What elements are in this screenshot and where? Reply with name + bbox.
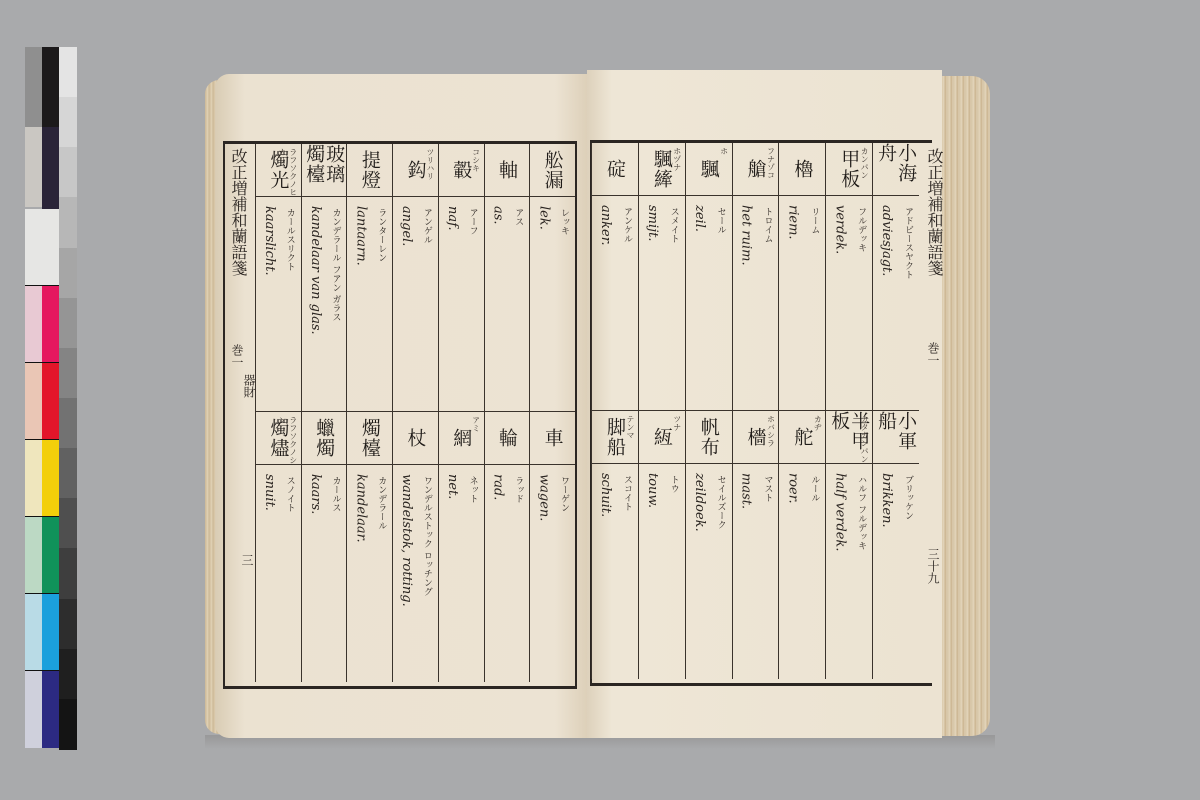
entry-header: 碇	[592, 143, 638, 196]
color-patch-light	[25, 670, 42, 748]
entry-header: 網 アミ	[439, 412, 484, 465]
entry-dutch-word: brikken.	[879, 473, 894, 528]
entry-katakana-reading: ワーゲン	[558, 476, 571, 512]
entry-header: 燭檯	[347, 412, 392, 465]
entry-dutch-word: lantaarn.	[353, 206, 368, 266]
gray-scale-step	[59, 47, 77, 98]
entry-katakana-reading: スノイト	[284, 476, 297, 512]
entry-kanji: 碇	[605, 159, 625, 179]
color-patch-dark	[42, 670, 59, 748]
entry-dutch-word: lek.	[536, 206, 551, 230]
entry-dutch-word: wagen.	[536, 474, 551, 521]
entry-kana-gloss: アミ	[471, 416, 482, 432]
right-top-row: 小海舟 adviesjagt. アドビースヤクト 甲板 カンパン verdek.…	[591, 143, 919, 410]
gray-scale-step	[59, 599, 77, 650]
entry-dutch-word: kandelaar.	[353, 474, 368, 543]
entry-header: 艙 フナゾコ	[733, 143, 779, 196]
dictionary-entry: 蠟燭 kaars. カールス	[301, 412, 347, 682]
entry-header: 甲板 カンパン	[826, 143, 872, 196]
left-bottom-row: 車 wagen. ワーゲン 輪 rad. ラッド 網 アミ ne	[255, 412, 575, 682]
entry-dutch-word: anker.	[598, 205, 613, 246]
entry-kanji: 蠟燭	[314, 418, 334, 458]
entry-dutch-word: snuit.	[262, 474, 277, 511]
entry-kanji: 颿縴	[652, 149, 672, 189]
dictionary-entry: 車 wagen. ワーゲン	[529, 412, 575, 682]
entry-kanji: 軸	[497, 160, 517, 180]
entry-katakana-reading: ネット	[467, 476, 480, 503]
entry-katakana-reading: ルール	[808, 475, 821, 502]
entry-dutch-word: mast.	[739, 473, 754, 509]
entry-dutch-word: verdek.	[832, 205, 847, 254]
gray-scale-step	[59, 248, 77, 299]
entry-kana-gloss: ツリハリ	[425, 148, 436, 180]
black-patch	[42, 47, 59, 127]
right-page-number: 三十九	[925, 548, 942, 584]
entry-header: 颿縴 ホヅナ	[639, 143, 685, 196]
entry-kanji: 舩漏	[543, 150, 563, 190]
entry-dutch-word: wandelstok, rotting.	[399, 474, 414, 607]
entry-dutch-word: zeildoek.	[692, 473, 707, 532]
gray-scale-step	[59, 548, 77, 599]
entry-katakana-reading: セイルズーク	[715, 475, 728, 529]
dictionary-entry: 碇 anker. アンケル	[591, 143, 638, 410]
navy-black-patch	[42, 127, 59, 209]
entry-dutch-word: angel.	[399, 206, 414, 246]
entry-kanji: 輪	[497, 428, 517, 448]
dictionary-entry: 脚船 テンマ schuit. スコイト	[591, 411, 638, 679]
entry-kanji: 甲板	[839, 149, 859, 189]
gray-scale-step	[59, 348, 77, 399]
entry-header: 蠟燭	[302, 412, 347, 465]
entry-katakana-reading: アドビースヤクト	[902, 207, 915, 279]
entry-kana-gloss: ホバシラ	[765, 415, 776, 447]
dictionary-entry: 絚 ツナ touw. トウ	[638, 411, 685, 679]
gray-scale-step	[59, 699, 77, 750]
color-patch-dark	[42, 362, 59, 440]
entry-katakana-reading: アンゲル	[421, 208, 434, 244]
dictionary-entry: 玻璃燭檯 kandelaar van glas. カンデラール フアン ガラス	[301, 144, 347, 411]
color-patch-light	[25, 285, 42, 363]
entry-header: 鈎 ツリハリ	[393, 144, 438, 197]
entry-kanji: 網	[451, 428, 471, 448]
entry-kanji: 帆布	[699, 417, 719, 457]
entry-katakana-reading: トロイム	[761, 207, 774, 243]
color-patch-light	[25, 516, 42, 594]
dictionary-entry: 輪 rad. ラッド	[484, 412, 530, 682]
entry-kanji: 舵	[792, 427, 812, 447]
dictionary-entry: 小海舟 adviesjagt. アドビースヤクト	[872, 143, 919, 410]
entry-kana-gloss: ツナ	[672, 415, 683, 431]
entry-katakana-reading: トウ	[668, 475, 681, 493]
entry-kanji: 艙	[746, 159, 766, 179]
entry-header: 車	[530, 412, 575, 465]
entry-katakana-reading: スコイト	[621, 475, 634, 511]
dictionary-entry: 燭燼 ラフソクノシン snuit. スノイト	[255, 412, 301, 682]
entry-header: 櫓	[779, 143, 825, 196]
dictionary-entry: 杖 wandelstok, rotting. ワンデルストック ロッチング	[392, 412, 438, 682]
color-calibration-chart	[25, 47, 78, 749]
entry-katakana-reading: ランターレン	[375, 208, 388, 262]
entry-kana-gloss: フナゾコ	[765, 147, 776, 179]
color-patch-dark	[42, 285, 59, 363]
entry-kanji: 脚船	[605, 417, 625, 457]
entry-katakana-reading: ワンデルストック ロッチング	[421, 476, 434, 596]
entry-dutch-word: touw.	[645, 473, 660, 508]
right-spine-title: 改正増補和蘭語箋	[923, 148, 946, 276]
dictionary-entry: 燭光 ラフソクノヒカリ kaarslicht. カールスリクト	[255, 144, 301, 411]
entry-header: 半甲板 カタカンパン	[826, 411, 872, 464]
entry-katakana-reading: アーフ	[467, 208, 480, 235]
open-book: 舩漏 lek. レッキ 軸 as. アス 轂 コシキ naf.	[205, 70, 995, 742]
entry-dutch-word: kaars.	[308, 474, 323, 514]
entry-katakana-reading: ラッド	[512, 476, 525, 503]
entry-katakana-reading: スメイト	[668, 207, 681, 243]
entry-kanji: 櫓	[792, 159, 812, 179]
dictionary-entry: 甲板 カンパン verdek. フルデッキ	[825, 143, 872, 410]
gray-patch-light	[25, 127, 42, 207]
entry-kanji: 燭檯	[360, 418, 380, 458]
entry-header: 舩漏	[530, 144, 575, 197]
entry-header: 帆布	[686, 411, 732, 464]
entry-katakana-reading: ハルフ フルデッキ	[855, 475, 868, 550]
entry-katakana-reading: カールス	[329, 476, 342, 512]
color-patch-light	[25, 362, 42, 440]
entry-kana-gloss: テンマ	[625, 415, 636, 439]
left-page: 舩漏 lek. レッキ 軸 as. アス 轂 コシキ naf.	[215, 74, 587, 738]
color-patch-light	[25, 439, 42, 517]
entry-katakana-reading: アス	[512, 208, 525, 226]
entry-kanji: 杖	[406, 428, 426, 448]
white-patch	[25, 209, 59, 285]
entry-katakana-reading: ブリッケン	[902, 475, 915, 520]
entry-kana-gloss: コシキ	[471, 148, 482, 172]
left-spine-section: 器財	[241, 374, 258, 398]
entry-katakana-reading: セール	[715, 207, 728, 234]
entry-dutch-word: half verdek.	[832, 473, 847, 552]
entry-kana-gloss: カンパン	[859, 147, 870, 179]
gray-scale-step	[59, 398, 77, 449]
entry-header: 脚船 テンマ	[592, 411, 638, 464]
dictionary-entry: 提燈 lantaarn. ランターレン	[346, 144, 392, 411]
right-page: 小海舟 adviesjagt. アドビースヤクト 甲板 カンパン verdek.…	[587, 70, 942, 738]
dictionary-entry: 舵 カヂ roer. ルール	[778, 411, 825, 679]
entry-header: 輪	[485, 412, 530, 465]
color-patch-light	[25, 593, 42, 671]
entry-kanji: 玻璃燭檯	[304, 144, 344, 196]
entry-kana-gloss: カタカンパン	[859, 415, 870, 463]
entry-header: 燭燼 ラフソクノシン	[256, 412, 301, 465]
entry-dutch-word: schuit.	[598, 473, 613, 517]
entry-kana-gloss: カヂ	[812, 415, 823, 431]
dictionary-entry: 檣 ホバシラ mast. マスト	[732, 411, 779, 679]
entry-header: 舵 カヂ	[779, 411, 825, 464]
entry-dutch-word: net.	[445, 474, 460, 499]
entry-kana-gloss: ラフソクノヒカリ	[277, 148, 299, 196]
gray-scale-step	[59, 298, 77, 349]
dictionary-entry: 轂 コシキ naf. アーフ	[438, 144, 484, 411]
color-patch-dark	[42, 516, 59, 594]
entry-dutch-word: kandelaar van glas.	[308, 206, 323, 335]
entry-dutch-word: rad.	[491, 474, 506, 500]
entry-dutch-word: roer.	[785, 473, 800, 504]
gray-patch-top	[25, 47, 42, 127]
entry-header: 燭光 ラフソクノヒカリ	[256, 144, 301, 197]
entry-dutch-word: riem.	[785, 205, 800, 240]
entry-header: 玻璃燭檯	[302, 144, 347, 197]
entry-kanji: 小軍船	[876, 411, 916, 463]
dictionary-entry: 帆布 zeildoek. セイルズーク	[685, 411, 732, 679]
entry-header: 檣 ホバシラ	[733, 411, 779, 464]
dictionary-entry: 鈎 ツリハリ angel. アンゲル	[392, 144, 438, 411]
entry-dutch-word: naf.	[445, 206, 460, 231]
right-bottom-row: 小軍船 brikken. ブリッケン 半甲板 カタカンパン half verde…	[591, 411, 919, 679]
entry-dutch-word: as.	[491, 206, 506, 225]
entry-dutch-word: zeil.	[692, 205, 707, 232]
gray-scale-step	[59, 197, 77, 248]
right-spine-volume: 巻一	[925, 342, 942, 366]
gray-scale-step	[59, 649, 77, 700]
dictionary-entry: 颿縴 ホヅナ smijt. スメイト	[638, 143, 685, 410]
entry-header: 杖	[393, 412, 438, 465]
gray-scale-step	[59, 448, 77, 499]
left-spine-volume: 巻一	[229, 344, 246, 368]
entry-katakana-reading: フルデッキ	[855, 207, 868, 252]
entry-header: 轂 コシキ	[439, 144, 484, 197]
entry-kanji: 檣	[746, 427, 766, 447]
entry-header: 提燈	[347, 144, 392, 197]
dictionary-entry: 半甲板 カタカンパン half verdek. ハルフ フルデッキ	[825, 411, 872, 679]
entry-katakana-reading: カンデラール フアン ガラス	[329, 208, 342, 322]
gray-scale-step	[59, 498, 77, 549]
entry-dutch-word: smijt.	[645, 205, 660, 242]
entry-katakana-reading: マスト	[761, 475, 774, 502]
entry-kana-gloss: ホヅナ	[672, 147, 683, 171]
entry-kana-gloss: ラフソクノシン	[277, 416, 299, 464]
dictionary-entry: 軸 as. アス	[484, 144, 530, 411]
dictionary-entry: 舩漏 lek. レッキ	[529, 144, 575, 411]
entry-kanji: 小海舟	[876, 143, 916, 195]
entry-header: 小海舟	[873, 143, 919, 196]
dictionary-entry: 小軍船 brikken. ブリッケン	[872, 411, 919, 679]
dictionary-entry: 櫓 riem. リーム	[778, 143, 825, 410]
entry-header: 颿 ホ	[686, 143, 732, 196]
entry-kanji: 絚	[652, 427, 672, 447]
left-spine-title: 改正増補和蘭語箋	[227, 148, 250, 276]
entry-kana-gloss: ホ	[719, 147, 730, 155]
entry-header: 絚 ツナ	[639, 411, 685, 464]
entry-katakana-reading: リーム	[808, 207, 821, 234]
dictionary-entry: 艙 フナゾコ het ruim. トロイム	[732, 143, 779, 410]
dictionary-entry: 網 アミ net. ネット	[438, 412, 484, 682]
entry-dutch-word: kaarslicht.	[262, 206, 277, 276]
entry-katakana-reading: アンケル	[621, 207, 634, 243]
color-patch-dark	[42, 593, 59, 671]
gray-scale-step	[59, 147, 77, 198]
entry-katakana-reading: カールスリクト	[284, 208, 297, 271]
entry-kanji: 鈎	[406, 160, 426, 180]
left-page-number: 三	[239, 554, 256, 566]
entry-header: 小軍船	[873, 411, 919, 464]
entry-header: 軸	[485, 144, 530, 197]
entry-katakana-reading: レッキ	[558, 208, 571, 235]
entry-kanji: 轂	[451, 160, 471, 180]
left-top-row: 舩漏 lek. レッキ 軸 as. アス 轂 コシキ naf.	[255, 144, 575, 411]
dictionary-entry: 燭檯 kandelaar. カンデラール	[346, 412, 392, 682]
gray-scale-step	[59, 97, 77, 148]
dictionary-entry: 颿 ホ zeil. セール	[685, 143, 732, 410]
entry-kanji: 提燈	[360, 150, 380, 190]
entry-katakana-reading: カンデラール	[375, 476, 388, 530]
entry-kanji: 車	[543, 428, 563, 448]
entry-dutch-word: het ruim.	[739, 205, 754, 266]
color-patch-dark	[42, 439, 59, 517]
entry-dutch-word: adviesjagt.	[879, 205, 894, 276]
entry-kanji: 颿	[699, 159, 719, 179]
